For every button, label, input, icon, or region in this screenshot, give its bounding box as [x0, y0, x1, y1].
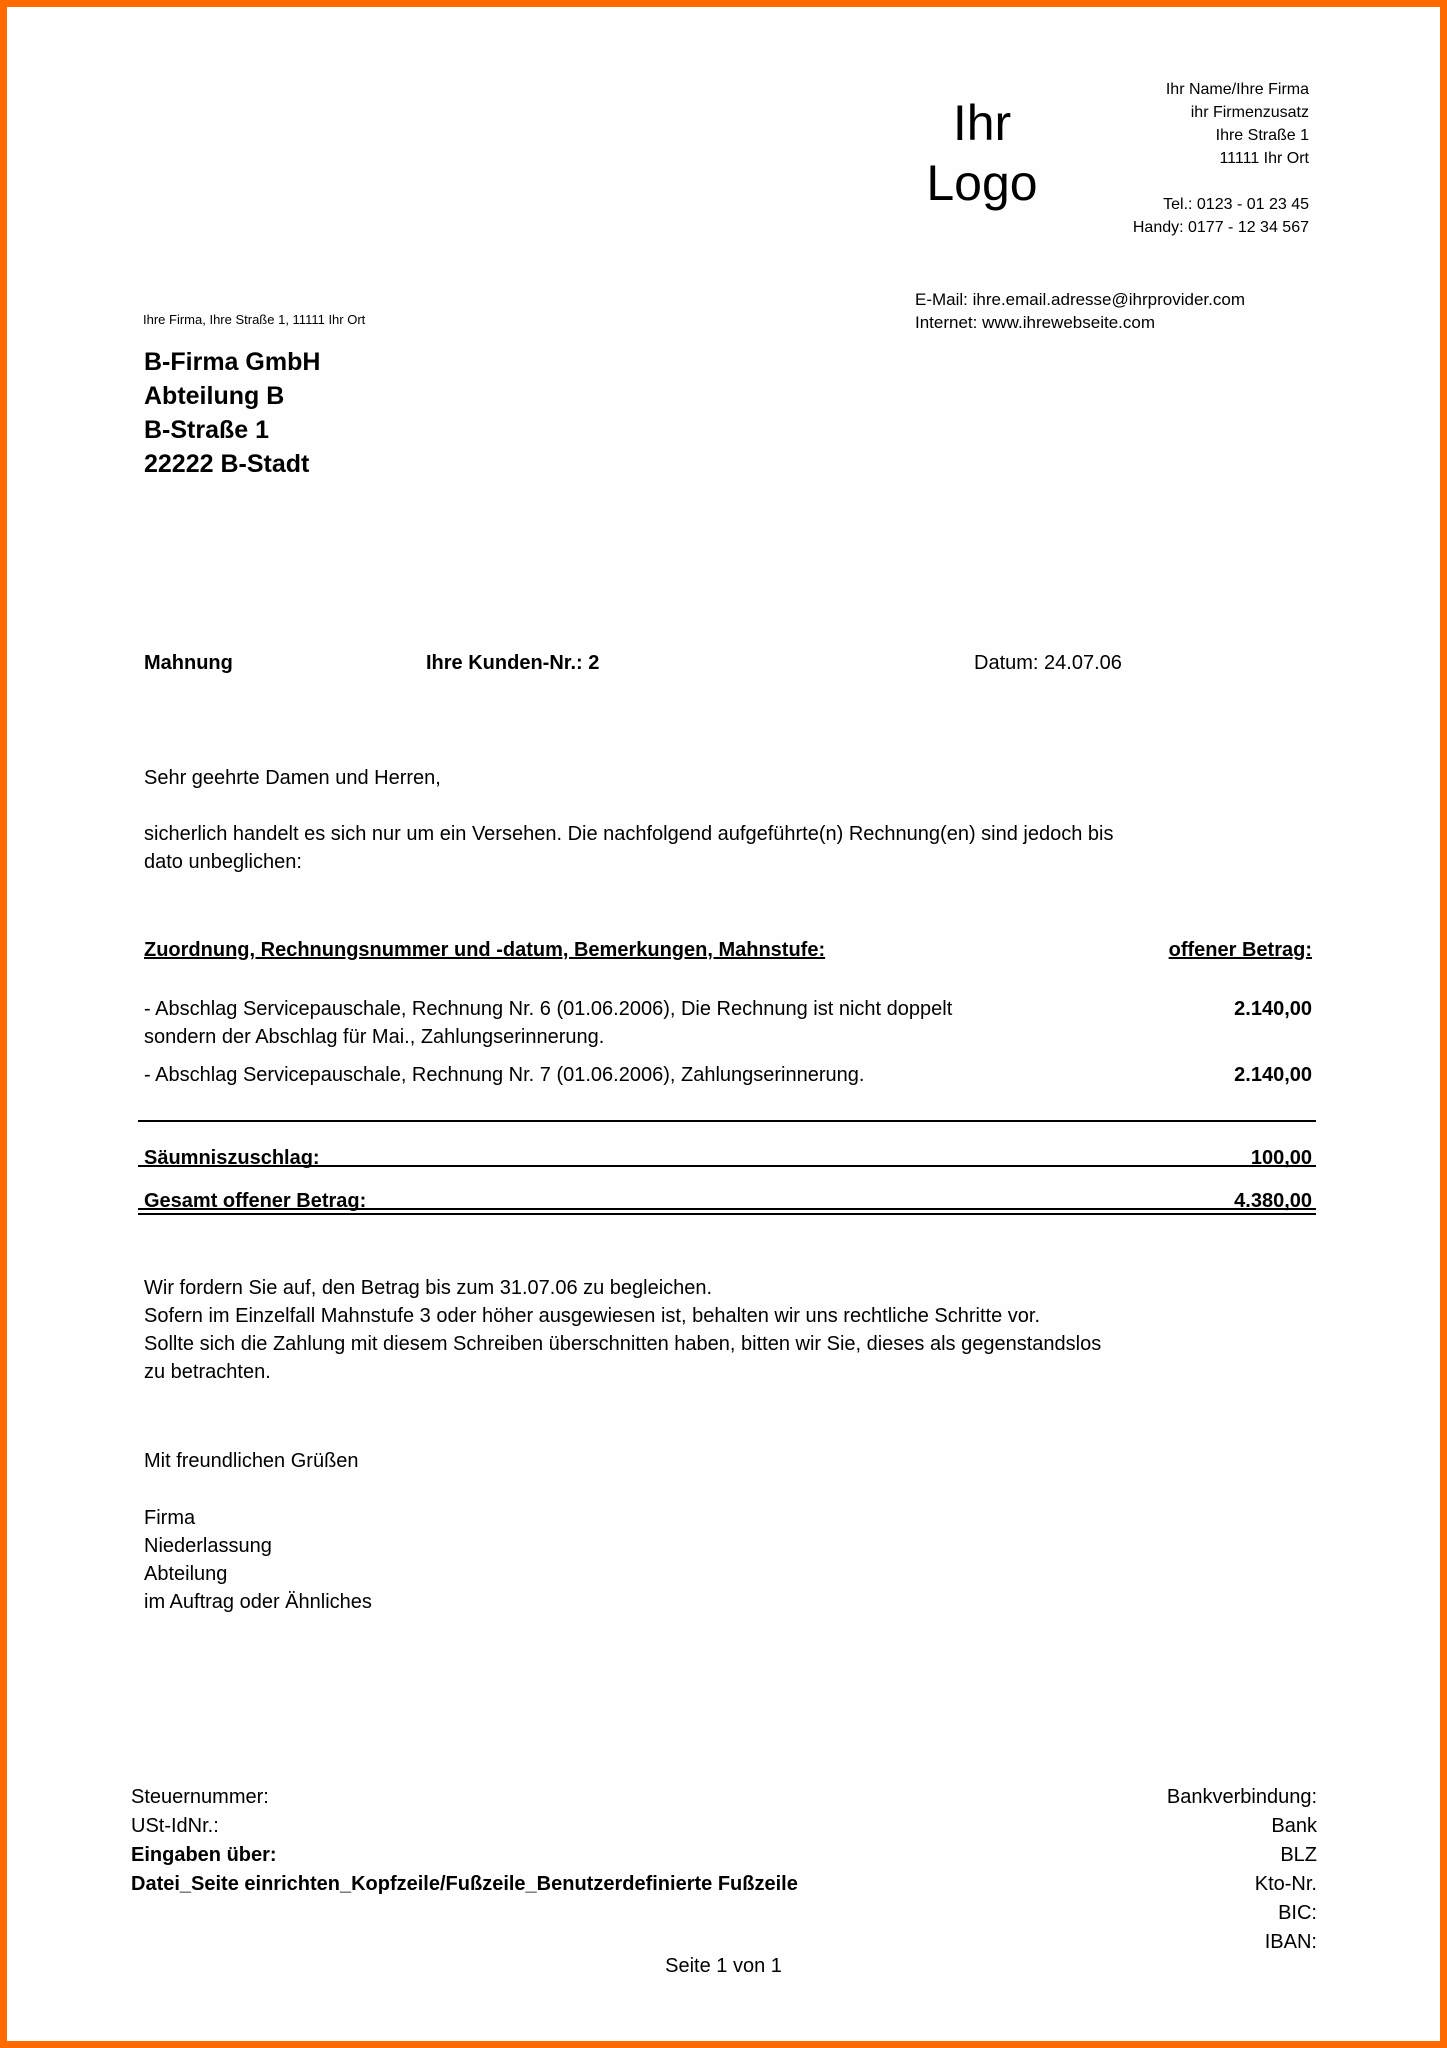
intro-line-2: dato unbeglichen:: [144, 848, 1113, 876]
divider-line: [138, 1120, 1316, 1122]
item-1-description-line-1: - Abschlag Servicepauschale, Rechnung Nr…: [144, 998, 952, 1020]
footer-blz: BLZ: [1167, 1841, 1317, 1870]
footer-iban: IBAN:: [1167, 1928, 1317, 1957]
footer-input-via: Eingaben über:: [131, 1841, 798, 1870]
recipient-address: B-Firma GmbH Abteilung B B-Straße 1 2222…: [144, 345, 320, 481]
header-description: Zuordnung, Rechnungsnummer und -datum, B…: [144, 939, 825, 961]
double-rule-bottom: [138, 1213, 1316, 1215]
footer-bank: Bank: [1167, 1812, 1317, 1841]
contact-block: E-Mail: ihre.email.adresse@ihrprovider.c…: [915, 288, 1245, 334]
closing-line-4: zu betrachten.: [144, 1358, 1101, 1386]
signature-block: Firma Niederlassung Abteilung im Auftrag…: [144, 1504, 372, 1616]
item-2-description: - Abschlag Servicepauschale, Rechnung Nr…: [144, 1064, 864, 1086]
sender-city: 11111 Ihr Ort: [1133, 147, 1309, 170]
return-address: Ihre Firma, Ihre Straße 1, 11111 Ihr Ort: [143, 312, 365, 327]
item-1-description-line-2: sondern der Abschlag für Mai., Zahlungse…: [144, 1026, 604, 1048]
recipient-line-1: B-Firma GmbH: [144, 345, 320, 379]
signature-line-3: Abteilung: [144, 1560, 372, 1588]
footer-tax-number: Steuernummer:: [131, 1783, 798, 1812]
sender-street: Ihre Straße 1: [1133, 124, 1309, 147]
closing-line-2: Sofern im Einzelfall Mahnstufe 3 oder hö…: [144, 1302, 1101, 1330]
double-rule-top: [138, 1208, 1316, 1210]
footer-account: Kto-Nr.: [1167, 1870, 1317, 1899]
table-row: - Abschlag Servicepauschale, Rechnung Nr…: [144, 995, 1312, 1051]
logo-line-1: Ihr: [907, 93, 1057, 153]
sender-phone: Tel.: 0123 - 01 23 45: [1133, 193, 1309, 216]
footer-bic: BIC:: [1167, 1899, 1317, 1928]
signature-line-4: im Auftrag oder Ähnliches: [144, 1588, 372, 1616]
closing-line-1: Wir fordern Sie auf, den Betrag bis zum …: [144, 1274, 1101, 1302]
sender-addition: ihr Firmenzusatz: [1133, 101, 1309, 124]
invoice-table: Zuordnung, Rechnungsnummer und -datum, B…: [144, 936, 1312, 964]
header-amount: offener Betrag:: [1169, 936, 1312, 964]
divider-line: [138, 1165, 1316, 1167]
total-row: Gesamt offener Betrag: 4.380,00: [144, 1187, 1312, 1215]
letter-date: Datum: 24.07.06: [974, 652, 1122, 675]
item-2-amount: 2.140,00: [1234, 1061, 1312, 1089]
logo-line-2: Logo: [907, 153, 1057, 213]
total-amount: 4.380,00: [1234, 1187, 1312, 1215]
salutation: Sehr geehrte Damen und Herren,: [144, 764, 441, 792]
recipient-line-3: B-Straße 1: [144, 413, 320, 447]
greeting: Mit freundlichen Grüßen: [144, 1447, 359, 1475]
footer-bank-heading: Bankverbindung:: [1167, 1783, 1317, 1812]
signature-line-1: Firma: [144, 1504, 372, 1532]
sender-name: Ihr Name/Ihre Firma: [1133, 78, 1309, 101]
table-row: - Abschlag Servicepauschale, Rechnung Nr…: [144, 1061, 1312, 1089]
sender-internet: Internet: www.ihrewebseite.com: [915, 311, 1245, 334]
footer-path: Datei_Seite einrichten_Kopfzeile/Fußzeil…: [131, 1870, 798, 1899]
logo-placeholder: Ihr Logo: [907, 93, 1057, 213]
sender-block: Ihr Name/Ihre Firma ihr Firmenzusatz Ihr…: [1133, 78, 1309, 239]
footer-bank-details: Bankverbindung: Bank BLZ Kto-Nr. BIC: IB…: [1167, 1783, 1317, 1957]
letter-page: Ihr Logo Ihr Name/Ihre Firma ihr Firmenz…: [7, 7, 1440, 2041]
intro-line-1: sicherlich handelt es sich nur um ein Ve…: [144, 820, 1113, 848]
closing-line-3: Sollte sich die Zahlung mit diesem Schre…: [144, 1330, 1101, 1358]
intro-paragraph: sicherlich handelt es sich nur um ein Ve…: [144, 820, 1113, 876]
closing-paragraph: Wir fordern Sie auf, den Betrag bis zum …: [144, 1274, 1101, 1386]
late-fee-row: Säumniszuschlag: 100,00: [144, 1144, 1312, 1172]
sender-mobile: Handy: 0177 - 12 34 567: [1133, 216, 1309, 239]
table-header: Zuordnung, Rechnungsnummer und -datum, B…: [144, 936, 1312, 964]
subject-type: Mahnung: [144, 652, 233, 675]
footer-left: Steuernummer: USt-IdNr.: Eingaben über: …: [131, 1783, 798, 1899]
sender-email: E-Mail: ihre.email.adresse@ihrprovider.c…: [915, 288, 1245, 311]
recipient-line-2: Abteilung B: [144, 379, 320, 413]
customer-number: Ihre Kunden-Nr.: 2: [426, 652, 599, 675]
page-number: Seite 1 von 1: [7, 1955, 1440, 1978]
recipient-line-4: 22222 B-Stadt: [144, 447, 320, 481]
item-1-amount: 2.140,00: [1234, 995, 1312, 1023]
signature-line-2: Niederlassung: [144, 1532, 372, 1560]
footer-vat-id: USt-IdNr.:: [131, 1812, 798, 1841]
late-fee-amount: 100,00: [1251, 1144, 1312, 1172]
